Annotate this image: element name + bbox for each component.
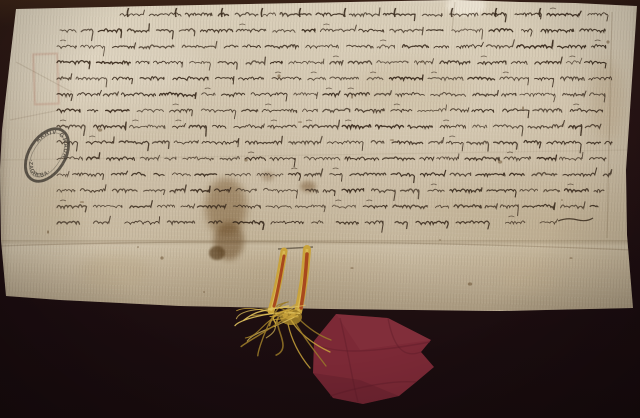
photograph-of-charter: ARHIV GRADA ·ZAGREBA· xyxy=(0,0,640,418)
seal-threads xyxy=(235,247,313,356)
seal-threads-and-cloth xyxy=(0,0,640,418)
silk-cloth xyxy=(313,314,434,404)
